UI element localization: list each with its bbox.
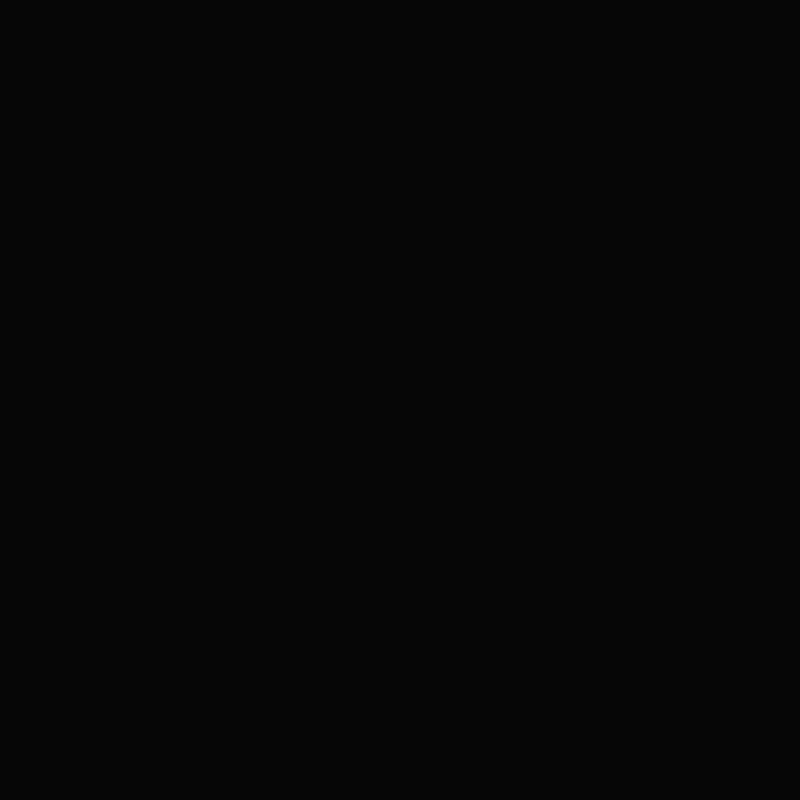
scene-graphic — [0, 0, 800, 800]
book-photograph — [0, 0, 800, 800]
